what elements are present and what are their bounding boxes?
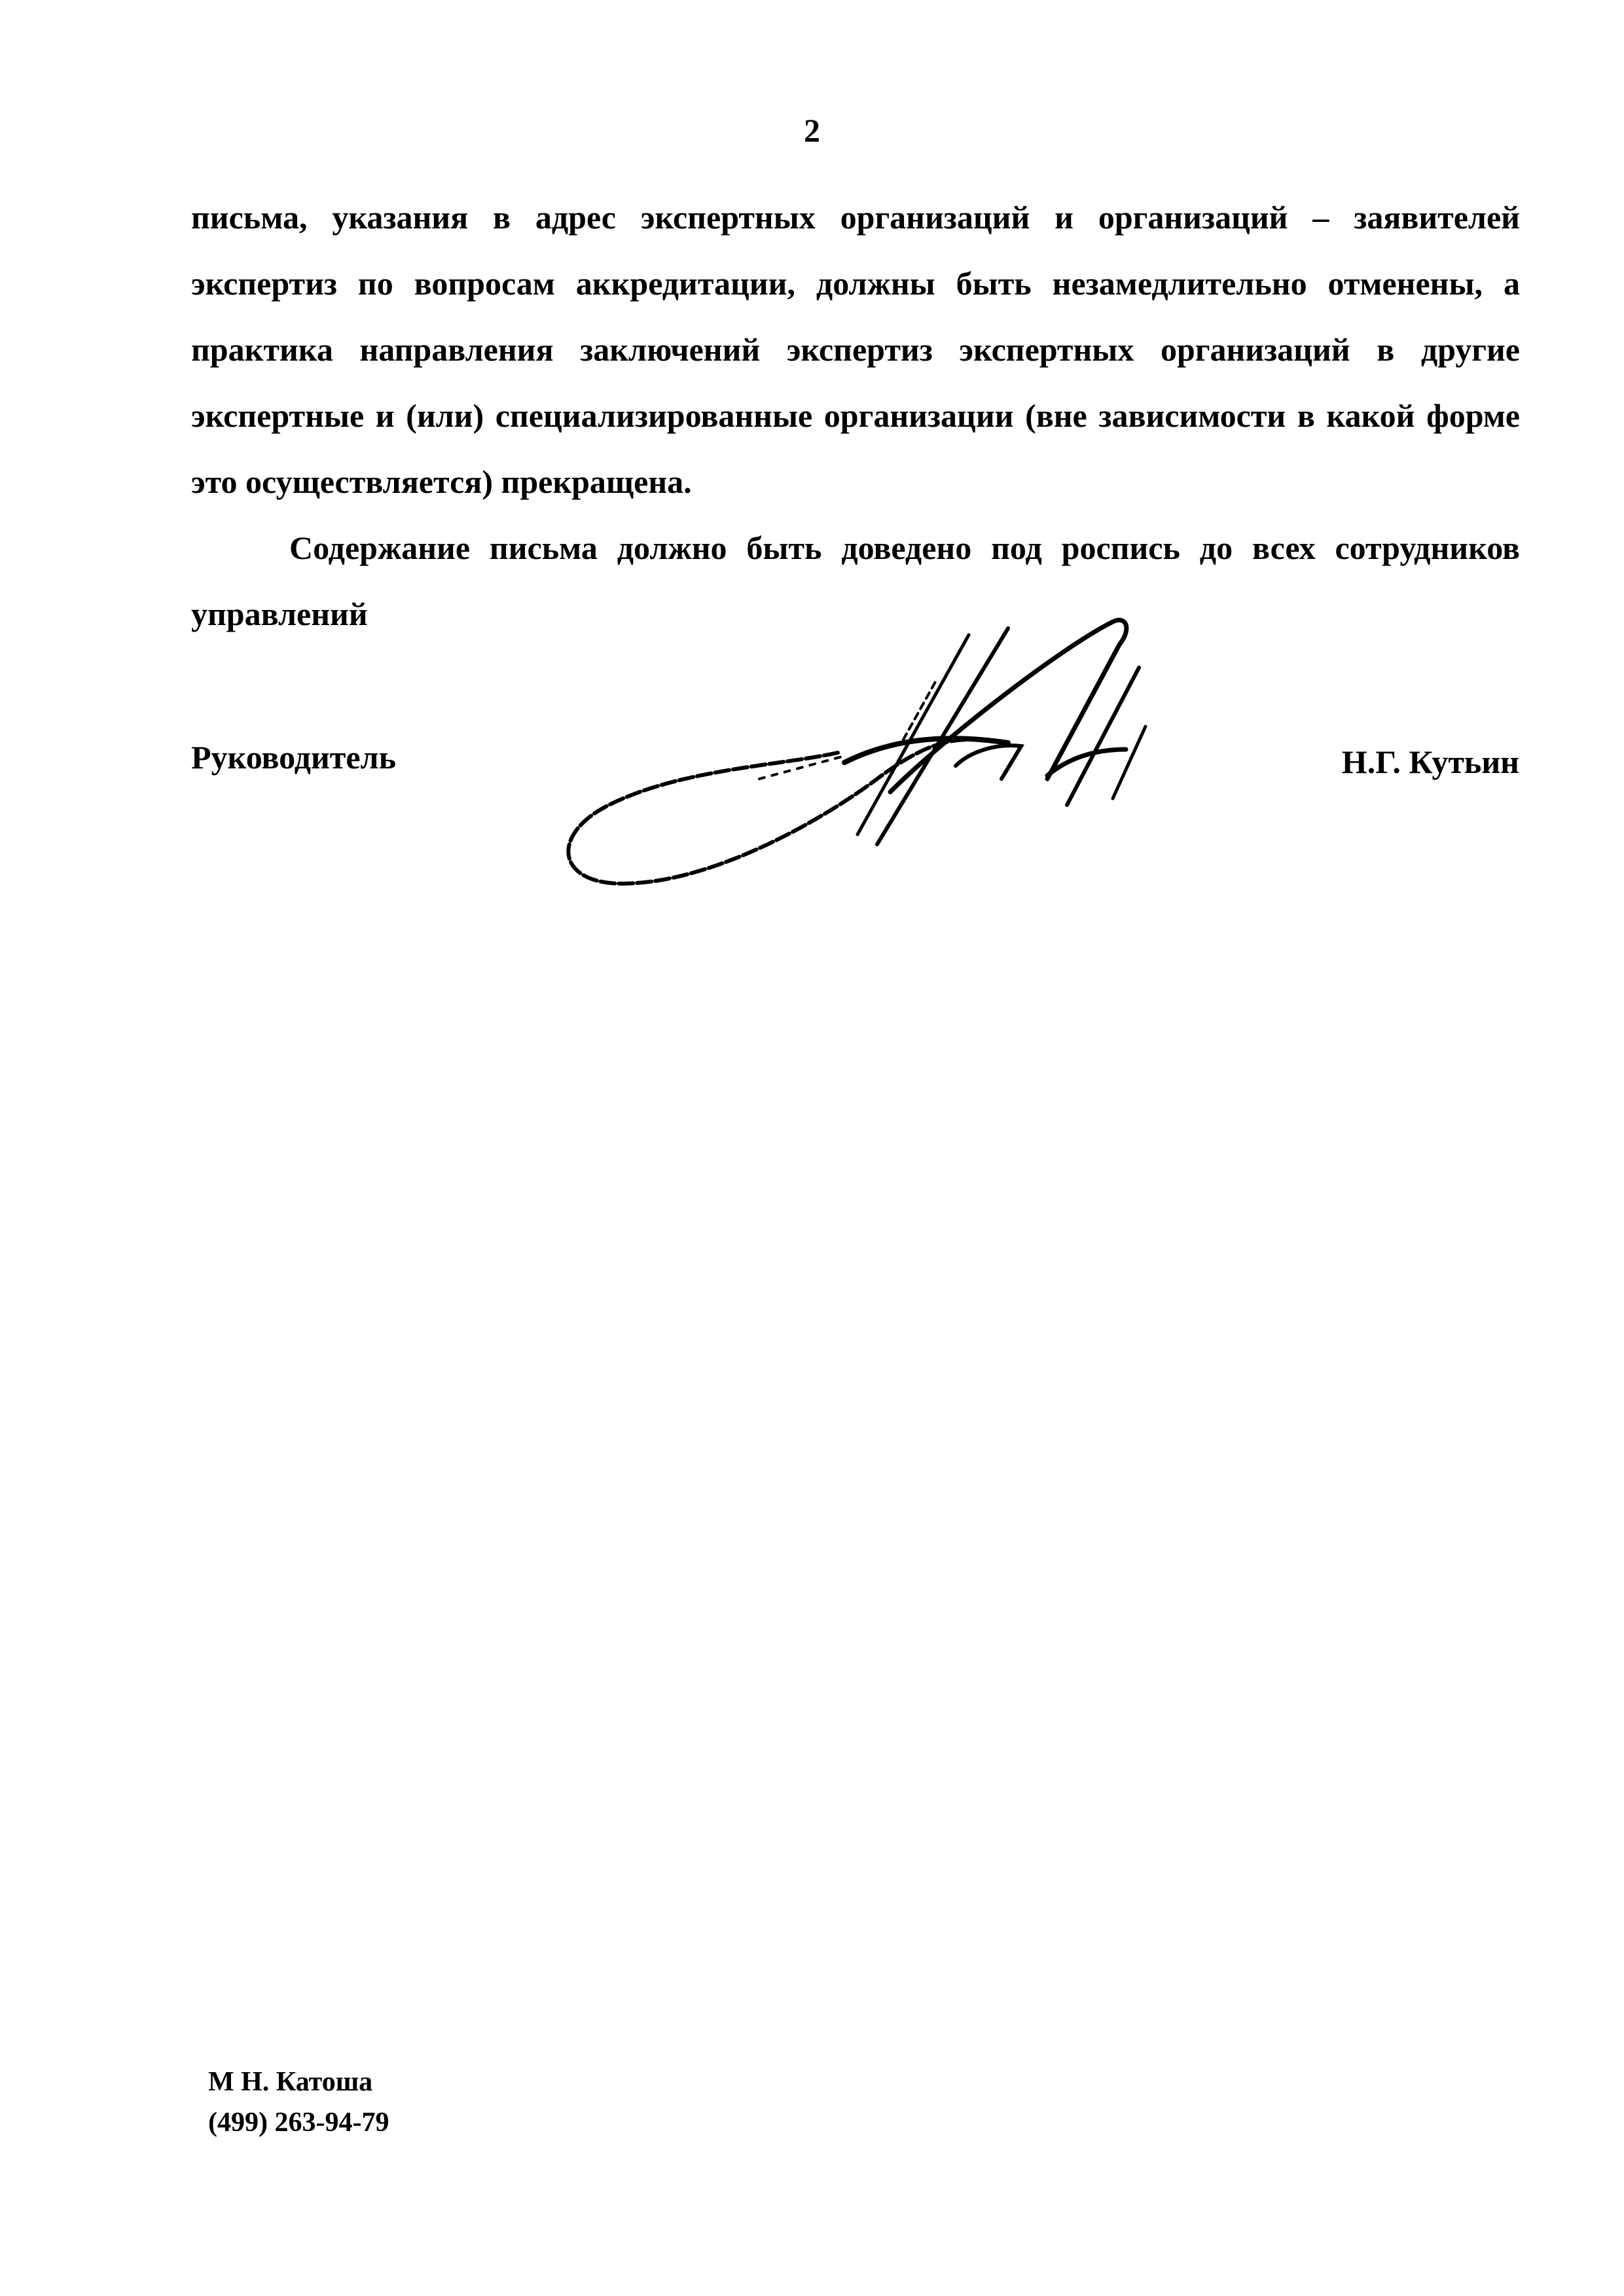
executor-name: М Н. Катоша	[208, 2062, 389, 2102]
paragraph-cancellation: письма, указания в адрес экспертных орга…	[191, 185, 1520, 515]
contact-block: М Н. Катоша (499) 263-94-79	[208, 2062, 389, 2143]
signer-name: Н.Г. Кутьин	[1342, 743, 1519, 781]
page-number: 2	[0, 111, 1624, 149]
signature-icon	[550, 609, 1309, 929]
signer-title: Руководитель	[191, 738, 396, 776]
letter-body: письма, указания в адрес экспертных орга…	[191, 185, 1520, 647]
executor-phone: (499) 263-94-79	[208, 2102, 389, 2143]
